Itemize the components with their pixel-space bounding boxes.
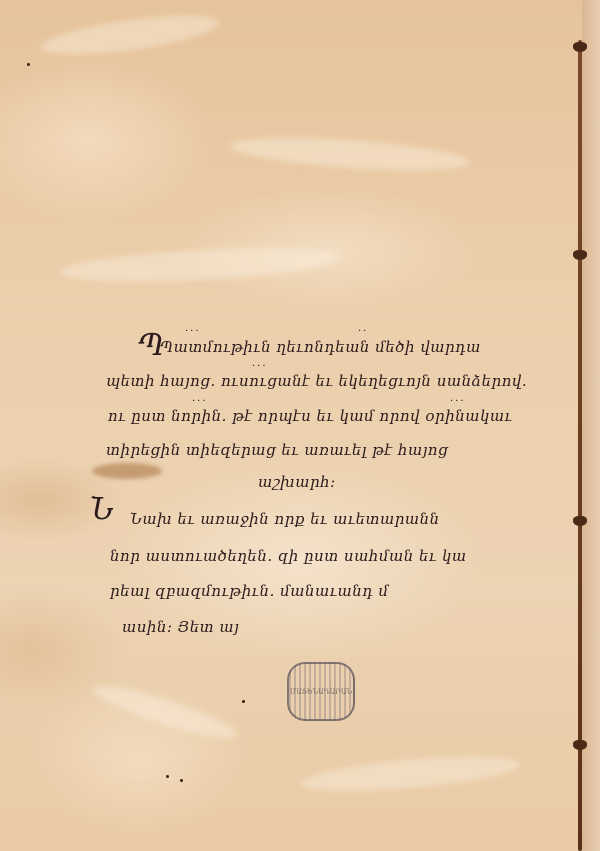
text-line-2: պետի հայոց. ուսուցանէ եւ եկեղեցւոյն սանձ… xyxy=(106,372,527,390)
diacritic-dots: ·· xyxy=(358,326,368,337)
diacritic-dots: ··· xyxy=(185,326,201,337)
text-line-5: աշխարհ: xyxy=(258,473,336,491)
text-line-1: Պատմութիւն ղեւոնդեան մեծի վարդա xyxy=(160,338,481,356)
text-line-8: րեալ զբազմութիւն. մանաւանդ մ xyxy=(110,582,389,600)
text-line-7: նոր աստուածեղեն. զի ըստ սահման եւ կա xyxy=(110,547,467,565)
manuscript-text: Պ Պատմութիւն ղեւոնդեան մեծի վարդա պետի հ… xyxy=(0,0,600,851)
diacritic-dots: ··· xyxy=(192,396,208,407)
text-line-4: տիրեցին տիեզերաց եւ առաւել թէ հայոց xyxy=(106,441,448,459)
library-stamp: ՄԱՏԵՆԱԴԱՐԱՆ xyxy=(287,662,355,721)
diacritic-dots: ··· xyxy=(252,361,268,372)
text-line-3: ու ըստ նորին. թէ որպէս եւ կամ որով օրինա… xyxy=(108,407,512,425)
diacritic-dots: ··· xyxy=(450,396,466,407)
text-line-6: Նախ եւ առաջին որք եւ աւետարանն xyxy=(130,510,440,528)
manuscript-page: Պ Պատմութիւն ղեւոնդեան մեծի վարդա պետի հ… xyxy=(0,0,600,851)
initial-letter: Ն xyxy=(90,492,114,527)
text-line-9: ասին: Յետ այ xyxy=(122,618,239,636)
